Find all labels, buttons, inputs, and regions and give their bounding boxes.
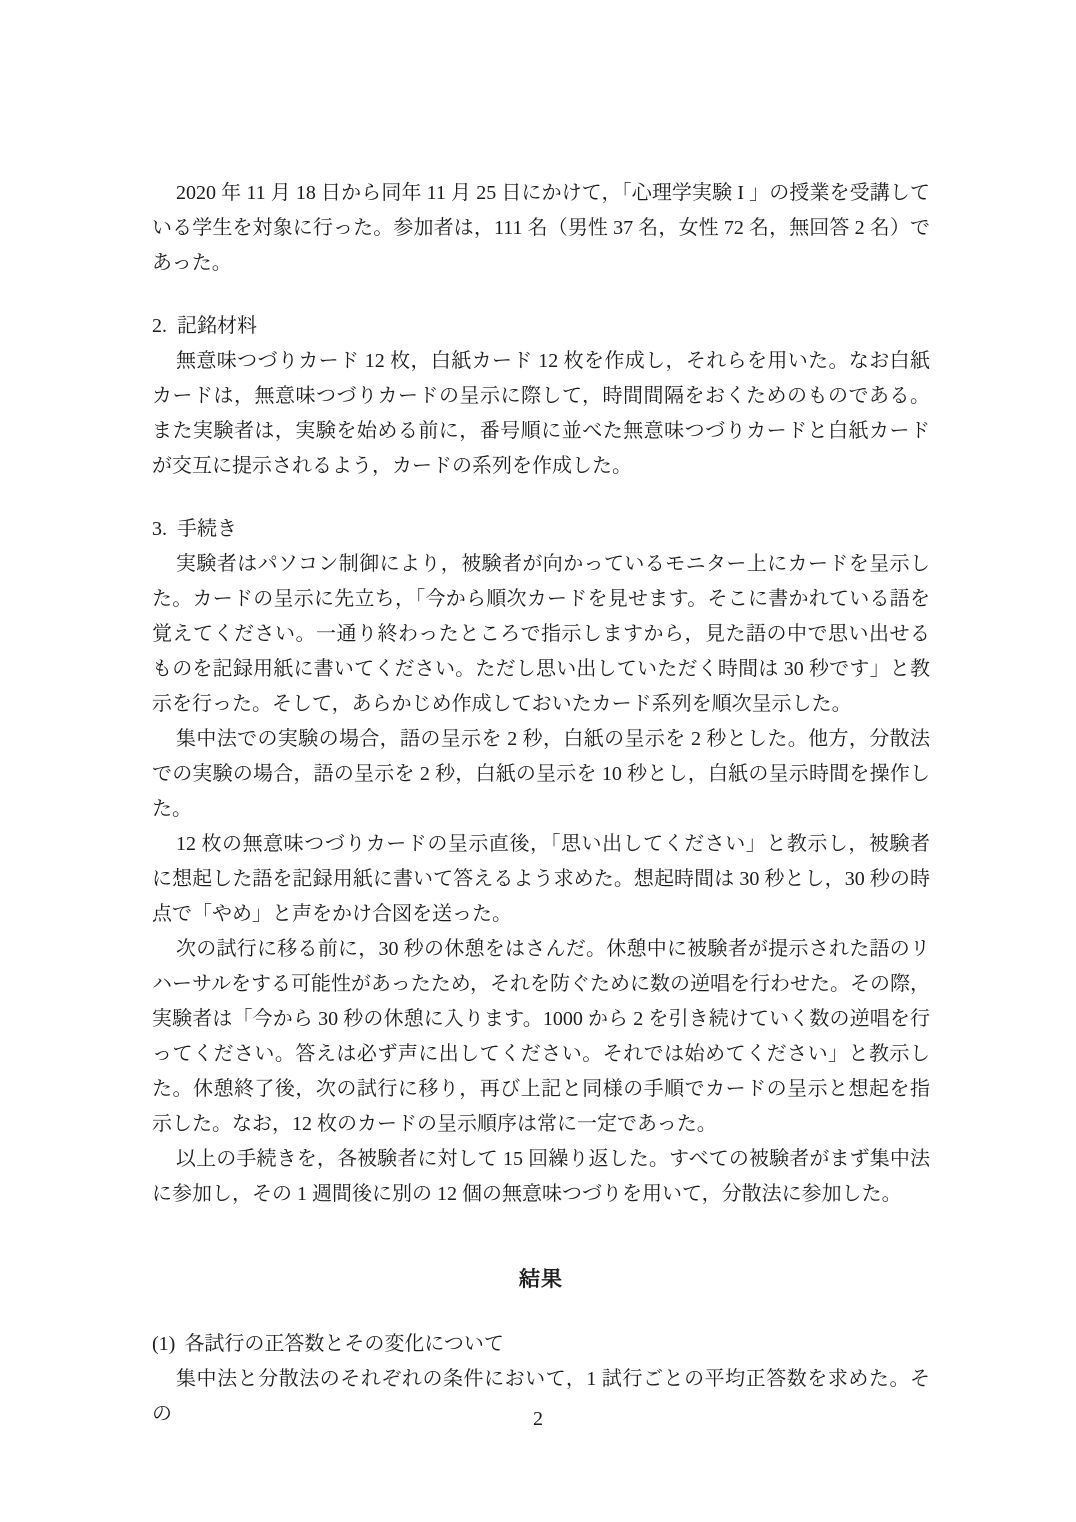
results-item-1-number: (1) (152, 1327, 175, 1362)
results-item-1-title: 各試行の正答数とその変化について (184, 1333, 504, 1355)
paragraph-procedure-5: 以上の手続きを，各被験者に対して 15 回繰り返した。すべての被験者がまず集中法… (152, 1142, 930, 1212)
paragraph-procedure-2: 集中法での実験の場合，語の呈示を 2 秒，白紙の呈示を 2 秒とした。他方，分散… (152, 722, 930, 827)
paper-page: 2020 年 11 月 18 日から同年 11 月 25 日にかけて，「心理学実… (0, 0, 1076, 1522)
section-2-number: 2. (152, 309, 167, 344)
section-2-heading: 2.記銘材料 (152, 309, 930, 344)
paragraph-procedure-3: 12 枚の無意味つづりカードの呈示直後，「思い出してください」と教示し，被験者に… (152, 827, 930, 932)
section-3-title: 手続き (177, 518, 237, 540)
section-3-heading: 3.手続き (152, 512, 930, 547)
section-3-number: 3. (152, 512, 167, 547)
section-2-title: 記銘材料 (177, 315, 257, 337)
page-body: 2020 年 11 月 18 日から同年 11 月 25 日にかけて，「心理学実… (152, 176, 930, 1432)
paragraph-procedure-4: 次の試行に移る前に，30 秒の休憩をはさんだ。休憩中に被験者が提示された語のリハ… (152, 932, 930, 1142)
paragraph-participants: 2020 年 11 月 18 日から同年 11 月 25 日にかけて，「心理学実… (152, 176, 930, 281)
results-item-1-heading: (1)各試行の正答数とその変化について (152, 1327, 930, 1362)
page-number: 2 (0, 1402, 1076, 1437)
paragraph-procedure-1: 実験者はパソコン制御により，被験者が向かっているモニター上にカードを呈示した。カ… (152, 547, 930, 722)
paragraph-materials: 無意味つづりカード 12 枚，白紙カード 12 枚を作成し，それらを用いた。なお… (152, 344, 930, 484)
results-heading: 結果 (152, 1262, 930, 1297)
